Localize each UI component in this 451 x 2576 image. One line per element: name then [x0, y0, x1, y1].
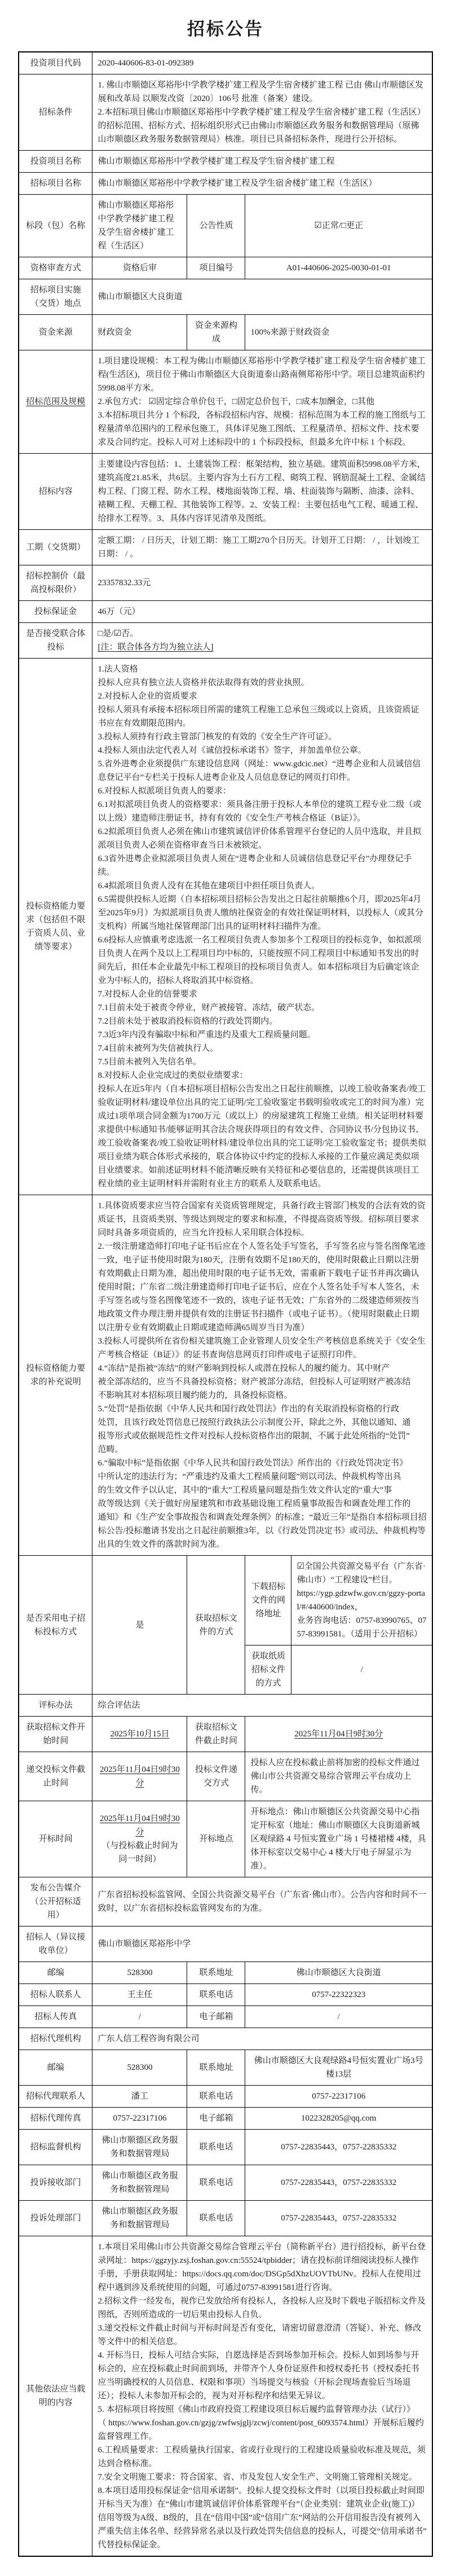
funding-source-value: 财政资金: [92, 315, 187, 350]
tender-project-name-label: 招标项目名称: [19, 173, 92, 195]
row-other-content: 其他依法应当载明的内容 1.本项目采用佛山市公共资源交易综合管理云平台（简称新平…: [19, 2236, 432, 2557]
duration-value: 定额工期： / 日历天，计划工期：施工工期270个日历天。计划开工日期： / ，…: [92, 530, 432, 565]
project-code-label: 投资项目代码: [19, 52, 92, 74]
bid-bond-label: 投标保证金: [19, 601, 92, 623]
complaint-receiving-phone-label: 联系电话: [187, 2165, 245, 2201]
funding-composition-label: 资金来源构成: [187, 315, 245, 350]
row-duration: 工期（交货期） 定额工期： / 日历天，计划工期：施工工期270个日历天。计划开…: [19, 530, 432, 565]
download-url-value: ☑全国公共资源交易平台（广东省·佛山市）“工程建设”栏目。 https://yg…: [291, 1556, 432, 1645]
agency-postcode-value: 528300: [92, 2050, 187, 2086]
control-price-label: 招标控制价（最高投标限价）: [19, 565, 92, 601]
doc-end-time-value: 2025年11月04日9时30分: [245, 1717, 432, 1752]
tenderer-label: 招标人（异议接收单位）: [19, 1926, 92, 1962]
agency-fax-value: 0757-22317106: [92, 2108, 187, 2130]
row-investment-project-name: 投资项目名称 佛山市顺德区郑裕彤中学教学楼扩建工程及学生宿舍楼扩建工程: [19, 151, 432, 173]
consortium-note: [注：联合体各方均为独立法人]: [98, 640, 427, 654]
agency-address-label: 联系地址: [187, 2050, 245, 2086]
tender-conditions-label: 招标条件: [19, 74, 92, 151]
scope-value: 1.项目建设规模：本工程为佛山市顺德区郑裕彤中学教学楼扩建工程及学生宿舍楼扩建工…: [92, 350, 432, 454]
row-tenderer-postcode: 邮编 528300 联系地址 佛山市顺德区大良街道: [19, 1962, 432, 1984]
opening-time-value: 2025年11月04日9时30分 （与投标截止时间为同一时间）: [92, 1801, 187, 1877]
tenderer-email-label: 电子邮箱: [187, 2006, 245, 2028]
tenderer-contact-label: 招标人联系人: [19, 1984, 92, 2006]
paper-doc-value: /: [291, 1645, 432, 1695]
content-label: 招标内容: [19, 454, 92, 530]
agency-phone-value: 0757-22317106: [245, 2086, 432, 2108]
agency-contact-value: 潘工: [92, 2086, 187, 2108]
announcement-media-label: 发布公告媒介（公开招标适用）: [19, 1877, 92, 1926]
submission-method-label: 投标文件递交方式: [187, 1752, 245, 1801]
project-number-label: 项目编号: [187, 257, 245, 279]
announcement-table: 投资项目代码 2020-440606-83-01-092389 招标条件 1. …: [18, 51, 433, 2557]
row-qualification-review: 资格审查方式 资格后审 项目编号 A01-440606-2025-0030-01…: [19, 257, 432, 279]
scope-label: 招标范围及规模: [19, 350, 92, 454]
other-content-value: 1.本项目采用佛山市公共资源交易综合管理云平台（简称新平台）进行招投标，新平台登…: [92, 2236, 432, 2557]
row-complaint-receiving: 投诉接收部门 佛山市顺德区政务服务和数据管理局 联系电话 0757-228354…: [19, 2165, 432, 2201]
row-funding: 资金来源 财政资金 资金来源构成 100%来源于财政资金: [19, 315, 432, 350]
control-price-value: 23357832.33元: [92, 565, 432, 601]
row-supervision: 招标监督机构 佛山市顺德区政务服务和数据管理局 联系电话 0757-228354…: [19, 2130, 432, 2165]
agency-email-label: 电子邮箱: [187, 2108, 245, 2130]
opening-time-label: 开标时间: [19, 1801, 92, 1877]
content-value: 主要建设内容包括：1、土建装饰工程：框架结构，独立基础。建筑面积5998.08平…: [92, 454, 432, 530]
project-number-value: A01-440606-2025-0030-01-01: [245, 257, 432, 279]
row-agency: 招标代理机构 广东人信工程咨询有限公司: [19, 2028, 432, 2050]
row-qualification-requirements: 投标资格能力要求（包括但不限于资质人员、业绩等要求） 1.法人资格 投标人应具有…: [19, 659, 432, 1195]
qualification-review-value: 资格后审: [92, 257, 187, 279]
supervision-phone-label: 联系电话: [187, 2130, 245, 2165]
obtain-method-label: 获取招标文件的方式: [187, 1556, 245, 1695]
funding-source-label: 资金来源: [19, 315, 92, 350]
row-agency-fax: 招标代理传真 0757-22317106 电子邮箱 1022328205@qq.…: [19, 2108, 432, 2130]
e-bidding-value: 是: [92, 1556, 187, 1695]
tender-conditions-value: 1. 佛山市顺德区郑裕彤中学教学楼扩建工程及学生宿舍楼扩建工程 已由 佛山市顺德…: [92, 74, 432, 151]
qualification-review-label: 资格审查方式: [19, 257, 92, 279]
row-tenderer-contact: 招标人联系人 王主任 联系电话 0757-22322323: [19, 1984, 432, 2006]
row-tender-conditions: 招标条件 1. 佛山市顺德区郑裕彤中学教学楼扩建工程及学生宿舍楼扩建工程 已由 …: [19, 74, 432, 151]
tenderer-contact-value: 王主任: [92, 1984, 187, 2006]
row-agency-postcode: 邮编 528300 联系地址 佛山市顺德区大良观绿路4号恒实置业广场3号楼13层: [19, 2050, 432, 2086]
investment-project-name-label: 投资项目名称: [19, 151, 92, 173]
supervision-org-label: 招标监督机构: [19, 2130, 92, 2165]
doc-end-time-label: 获取招标文件截止时间: [187, 1717, 245, 1752]
complaint-handling-value: 佛山市顺德区政务服务和数据管理局: [92, 2201, 187, 2236]
row-scope: 招标范围及规模 1.项目建设规模：本工程为佛山市顺德区郑裕彤中学教学楼扩建工程及…: [19, 350, 432, 454]
location-label: 招标项目实施（交货）地点: [19, 279, 92, 315]
investment-project-name-value: 佛山市顺德区郑裕彤中学教学楼扩建工程及学生宿舍楼扩建工程: [92, 151, 432, 173]
announcement-page: 招标公告 投资项目代码 2020-440606-83-01-092389 招标条…: [0, 0, 451, 2557]
qualification-supplement-value: 1.具体资质要求应当符合国家有关资质管理规定，具备行政主管部门核发的合法有效的资…: [92, 1195, 432, 1556]
tenderer-postcode-value: 528300: [92, 1962, 187, 1984]
agency-phone-label: 联系电话: [187, 2086, 245, 2108]
announcement-media-value: 广东省招标投标监管网、全国公共资源交易平台（广东省·佛山市）。公告内容和时间不一…: [92, 1877, 432, 1926]
complaint-handling-label: 投诉处理部门: [19, 2201, 92, 2236]
tenderer-fax-value: /: [92, 2006, 187, 2028]
consortium-label: 是否接受联合体投标: [19, 623, 92, 659]
row-announcement-media: 发布公告媒介（公开招标适用） 广东省招标投标监管网、全国公共资源交易平台（广东省…: [19, 1877, 432, 1926]
complaint-receiving-label: 投诉接收部门: [19, 2165, 92, 2201]
e-bidding-label: 是否采用电子招标投标方式: [19, 1556, 92, 1695]
funding-composition-value: 100%来源于财政资金: [245, 315, 432, 350]
row-project-code: 投资项目代码 2020-440606-83-01-092389: [19, 52, 432, 74]
bid-bond-value: 46万（元）: [92, 601, 432, 623]
tenderer-phone-value: 0757-22322323: [245, 1984, 432, 2006]
agency-value: 广东人信工程咨询有限公司: [92, 2028, 432, 2050]
row-opening: 开标时间 2025年11月04日9时30分 （与投标截止时间为同一时间） 开标地…: [19, 1801, 432, 1877]
tenderer-email-value: /: [245, 2006, 432, 2028]
doc-start-time-value: 2025年10月15日: [92, 1717, 187, 1752]
row-location: 招标项目实施（交货）地点 佛山市顺德区大良街道: [19, 279, 432, 315]
tenderer-address-value: 佛山市顺德区大良街道: [245, 1962, 432, 1984]
row-submission: 递交投标文件截止时间 2025年11月04日9时30分 投标文件递交方式 投标人…: [19, 1752, 432, 1801]
row-tenderer-fax: 招标人传真 / 电子邮箱 /: [19, 2006, 432, 2028]
complaint-handling-phone-label: 联系电话: [187, 2201, 245, 2236]
agency-address-value: 佛山市顺德区大良观绿路4号恒实置业广场3号楼13层: [245, 2050, 432, 2086]
opening-place-label: 开标地点: [187, 1801, 245, 1877]
notice-nature-value: ☑正常/□更正: [245, 195, 432, 257]
agency-postcode-label: 邮编: [19, 2050, 92, 2086]
page-title: 招标公告: [0, 15, 451, 40]
supervision-org-value: 佛山市顺德区政务服务和数据管理局: [92, 2130, 187, 2165]
doc-start-time-label: 获取招标文件开始时间: [19, 1717, 92, 1752]
location-value: 佛山市顺德区大良街道: [92, 279, 432, 315]
submission-deadline-value: 2025年11月04日9时30分: [92, 1752, 187, 1801]
row-section-name: 标段（包）名称 佛山市顺德区郑裕彤中学教学楼扩建工程及学生宿舍楼扩建工程（生活区…: [19, 195, 432, 257]
row-agency-contact: 招标代理联系人 潘工 联系电话 0757-22317106: [19, 2086, 432, 2108]
row-content: 招标内容 主要建设内容包括：1、土建装饰工程：框架结构，独立基础。建筑面积599…: [19, 454, 432, 530]
row-tender-project-name: 招标项目名称 佛山市顺德区郑裕彤中学教学楼扩建工程及学生宿舍楼扩建工程（生活区）: [19, 173, 432, 195]
paper-doc-label: 获取纸质招标文件的方式: [245, 1645, 291, 1695]
row-consortium: 是否接受联合体投标 □是/☑否。 [注：联合体各方均为独立法人]: [19, 623, 432, 659]
tenderer-phone-label: 联系电话: [187, 1984, 245, 2006]
qualification-supplement-label: 投标资格能力要求的补充说明: [19, 1195, 92, 1556]
project-code-value: 2020-440606-83-01-092389: [92, 52, 432, 74]
section-name-value: 佛山市顺德区郑裕彤中学教学楼扩建工程及学生宿舍楼扩建工程（生活区）: [92, 195, 187, 257]
opening-time-note: （与投标截止时间为同一时间）: [98, 1839, 182, 1866]
complaint-handling-phone-value: 0757-22835443，0757-22835332: [245, 2201, 432, 2236]
download-url-label: 下载招标文件的网络地址: [245, 1556, 291, 1645]
agency-label: 招标代理机构: [19, 2028, 92, 2050]
row-e-bidding: 是否采用电子招标投标方式 是 获取招标文件的方式 下载招标文件的网络地址 ☑全国…: [19, 1556, 432, 1645]
agency-email-value: 1022328205@qq.com: [245, 2108, 432, 2130]
row-control-price: 招标控制价（最高投标限价） 23357832.33元: [19, 565, 432, 601]
supervision-phone-value: 0757-22835443，0757-22835332: [245, 2130, 432, 2165]
complaint-receiving-phone-value: 0757-22835443，0757-22835332: [245, 2165, 432, 2201]
row-tenderer: 招标人（异议接收单位） 佛山市顺德区郑裕彤中学: [19, 1926, 432, 1962]
row-doc-times: 获取招标文件开始时间 2025年10月15日 获取招标文件截止时间 2025年1…: [19, 1717, 432, 1752]
complaint-receiving-value: 佛山市顺德区政务服务和数据管理局: [92, 2165, 187, 2201]
opening-time-datetime: 2025年11月04日9时30分: [98, 1812, 182, 1839]
consortium-choice: □是/☑否。: [98, 627, 427, 640]
submission-deadline-label: 递交投标文件截止时间: [19, 1752, 92, 1801]
submission-method-value: 投标人应在投标截止前将加密的投标文件通过佛山市公共资源交易综合管理云平台成功上传…: [245, 1752, 432, 1801]
tenderer-address-label: 联系地址: [187, 1962, 245, 1984]
duration-label: 工期（交货期）: [19, 530, 92, 565]
notice-nature-label: 公告性质: [187, 195, 245, 257]
qualification-requirements-value: 1.法人资格 投标人应具有独立法人资格并依法取得有效的营业执照。 2.对投标人企…: [92, 659, 432, 1195]
evaluation-method-label: 评标办法: [19, 1695, 92, 1717]
tenderer-value: 佛山市顺德区郑裕彤中学: [92, 1926, 432, 1962]
other-content-label: 其他依法应当载明的内容: [19, 2236, 92, 2557]
row-qualification-supplement: 投标资格能力要求的补充说明 1.具体资质要求应当符合国家有关资质管理规定，具备行…: [19, 1195, 432, 1556]
row-bid-bond: 投标保证金 46万（元）: [19, 601, 432, 623]
tenderer-postcode-label: 邮编: [19, 1962, 92, 1984]
evaluation-method-value: 综合评估法: [92, 1695, 432, 1717]
agency-fax-label: 招标代理传真: [19, 2108, 92, 2130]
row-evaluation-method: 评标办法 综合评估法: [19, 1695, 432, 1717]
agency-contact-label: 招标代理联系人: [19, 2086, 92, 2108]
section-name-label: 标段（包）名称: [19, 195, 92, 257]
qualification-requirements-label: 投标资格能力要求（包括但不限于资质人员、业绩等要求）: [19, 659, 92, 1195]
row-complaint-handling: 投诉处理部门 佛山市顺德区政务服务和数据管理局 联系电话 0757-228354…: [19, 2201, 432, 2236]
tenderer-fax-label: 招标人传真: [19, 2006, 92, 2028]
opening-place-value: 开标地点：佛山市顺德区公共资源交易中心指定开标室（地址：佛山市顺德区大良街道新城…: [245, 1801, 432, 1877]
consortium-value: □是/☑否。 [注：联合体各方均为独立法人]: [92, 623, 432, 659]
tender-project-name-value: 佛山市顺德区郑裕彤中学教学楼扩建工程及学生宿舍楼扩建工程（生活区）: [92, 173, 432, 195]
